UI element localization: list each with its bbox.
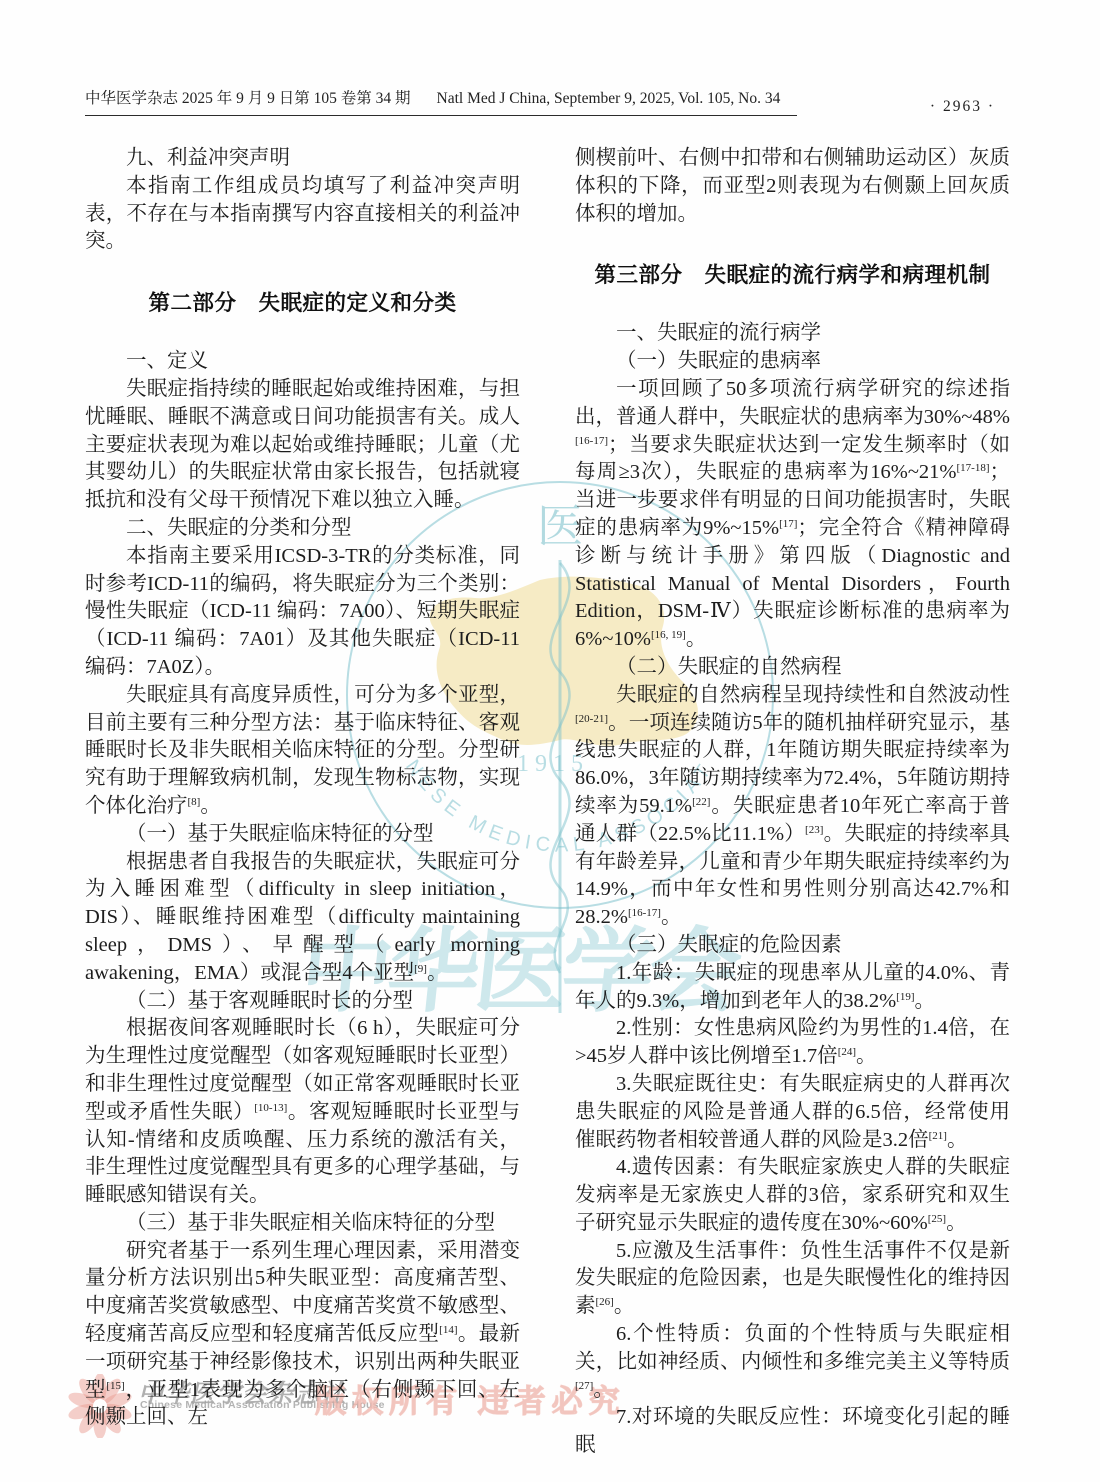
reference-marker: [16-17] xyxy=(575,435,608,447)
section-heading: 第三部分 失眠症的流行病学和病理机制 xyxy=(575,261,1010,289)
paragraph: 本指南工作组成员均填写了利益冲突声明表，不存在与本指南撰写内容直接相关的利益冲突… xyxy=(85,173,520,256)
paragraph: 二、失眠症的分类和分型 xyxy=(85,515,520,543)
paragraph: 一、失眠症的流行病学 xyxy=(575,320,1010,348)
paragraph: 失眠症具有高度异质性，可分为多个亚型，目前主要有三种分型方法：基于临床特征、客观… xyxy=(85,682,520,821)
reference-marker: [17] xyxy=(779,518,797,530)
paragraph: （一）基于失眠症临床特征的分型 xyxy=(85,821,520,849)
journal-title-cn: 中华医学杂志 2025 年 9 月 9 日第 105 卷第 34 期 xyxy=(85,86,411,108)
paragraph: 一项回顾了50多项流行病学研究的综述指出，普通人群中，失眠症状的患病率为30%~… xyxy=(575,376,1010,654)
reference-marker: [17-18] xyxy=(957,462,990,474)
reference-marker: [23] xyxy=(805,824,823,836)
reference-marker: [25] xyxy=(928,1213,946,1225)
paragraph: （二）基于客观睡眠时长的分型 xyxy=(85,988,520,1016)
paragraph: 侧楔前叶、右侧中扣带和右侧辅助运动区）灰质体积的下降，而亚型2则表现为右侧颞上回… xyxy=(575,145,1010,228)
paragraph: 根据患者自我报告的失眠症状，失眠症可分为入睡困难型（difficulty in … xyxy=(85,849,520,988)
reference-marker: [16, 19] xyxy=(651,629,686,641)
reference-marker: [8] xyxy=(188,796,201,808)
page-header: 中华医学杂志 2025 年 9 月 9 日第 105 卷第 34 期 Natl … xyxy=(85,86,1015,116)
paragraph: （三）基于非失眠症相关临床特征的分型 xyxy=(85,1210,520,1238)
reference-marker: [24] xyxy=(838,1046,856,1058)
section-heading: 第二部分 失眠症的定义和分类 xyxy=(85,289,520,317)
paragraph: 1.年龄：失眠症的现患率从儿童的4.0%、青年人的9.3%，增加到老年人的38.… xyxy=(575,960,1010,1016)
paragraph: 4.遗传因素：有失眠症家族史人群的失眠症发病率是无家族史人群的3倍，家系研究和双… xyxy=(575,1154,1010,1237)
paragraph: 2.性别：女性患病风险约为男性的1.4倍，在>45岁人群中该比例增至1.7倍[2… xyxy=(575,1015,1010,1071)
journal-page: 中华医学杂志 2025 年 9 月 9 日第 105 卷第 34 期 Natl … xyxy=(0,0,1100,1482)
paragraph: 3.失眠症既往史：有失眠症病史的人群再次患失眠症的风险是普通人群的6.5倍，经常… xyxy=(575,1071,1010,1154)
reference-marker: [19] xyxy=(896,991,914,1003)
snake-icon xyxy=(550,563,569,973)
left-column: 九、利益冲突声明本指南工作组成员均填写了利益冲突声明表，不存在与本指南撰写内容直… xyxy=(85,145,520,1432)
reference-marker: [27] xyxy=(575,1380,593,1392)
reference-marker: [20-21] xyxy=(575,713,608,725)
paragraph: 失眠症的自然病程呈现持续性和自然波动性[20-21]。一项连续随访5年的随机抽样… xyxy=(575,682,1010,932)
right-column: 侧楔前叶、右侧中扣带和右侧辅助运动区）灰质体积的下降，而亚型2则表现为右侧颞上回… xyxy=(575,145,1010,1460)
reference-marker: [14] xyxy=(439,1324,457,1336)
reference-marker: [16-17] xyxy=(628,907,661,919)
paragraph: 5.应激及生活事件：负性生活事件不仅是新发失眠症的危险因素，也是失眠慢性化的维持… xyxy=(575,1238,1010,1321)
paragraph: 九、利益冲突声明 xyxy=(85,145,520,173)
page-number: · 2963 · xyxy=(930,98,1015,116)
reference-marker: [22] xyxy=(692,796,710,808)
paragraph: 失眠症指持续的睡眠起始或维持困难，与担忧睡眠、睡眠不满意或日间功能损害有关。成人… xyxy=(85,376,520,515)
paragraph: 研究者基于一系列生理心理因素，采用潜变量分析方法识别出5种失眠亚型：高度痛苦型、… xyxy=(85,1238,520,1433)
reference-marker: [9] xyxy=(414,963,427,975)
paragraph: 根据夜间客观睡眠时长（6 h），失眠症可分为生理性过度觉醒型（如客观短睡眠时长亚… xyxy=(85,1015,520,1210)
paragraph: 7.对环境的失眠反应性：环境变化引起的睡眠 xyxy=(575,1404,1010,1460)
paragraph: 6.个性特质：负面的个性特质与失眠症相关，比如神经质、内倾性和多维完美主义等特质… xyxy=(575,1321,1010,1404)
paragraph: （二）失眠症的自然病程 xyxy=(575,654,1010,682)
reference-marker: [21] xyxy=(929,1130,947,1142)
header-rule: 中华医学杂志 2025 年 9 月 9 日第 105 卷第 34 期 Natl … xyxy=(85,86,797,116)
reference-marker: [26] xyxy=(596,1296,614,1308)
paragraph: 本指南主要采用ICSD-3-TR的分类标准，同时参考ICD-11的编码，将失眠症… xyxy=(85,543,520,682)
paragraph: （三）失眠症的危险因素 xyxy=(575,932,1010,960)
reference-marker: [10-13] xyxy=(254,1102,287,1114)
paragraph: 一、定义 xyxy=(85,348,520,376)
journal-title-en: Natl Med J China, September 9, 2025, Vol… xyxy=(437,90,781,108)
reference-marker: [15] xyxy=(106,1380,124,1392)
paragraph: （一）失眠症的患病率 xyxy=(575,348,1010,376)
